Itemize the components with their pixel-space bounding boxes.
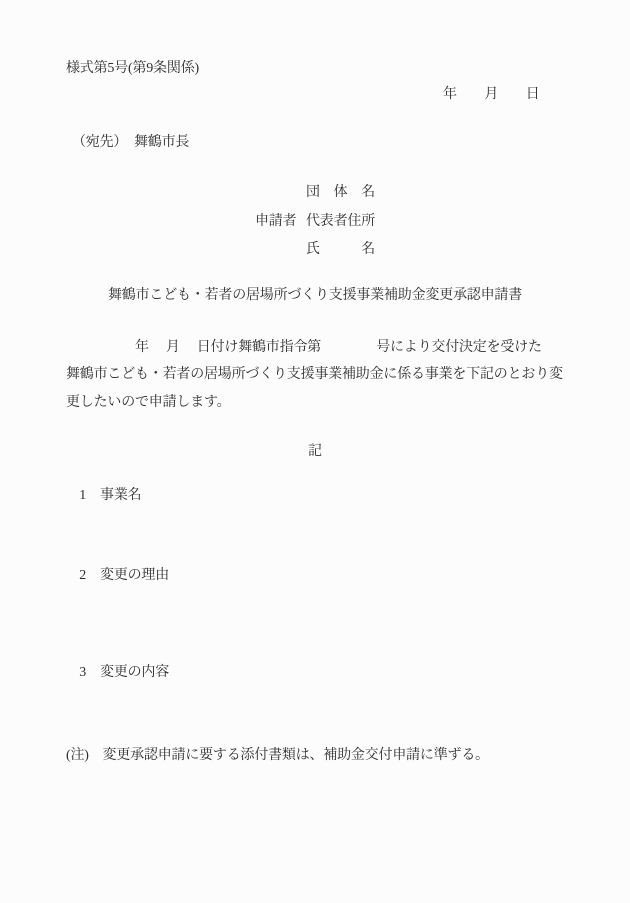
item-1-label: 事業名 xyxy=(100,488,141,503)
item-3-label: 変更の内容 xyxy=(100,665,169,680)
body-paragraph-line-2: 舞鶴市こども・若者の居場所づくり支援事業補助金に係る事業を下記のとおり変 xyxy=(66,365,563,385)
body-paragraph-line-1: 年 月 日付け舞鶴市指令第 号により交付決定を受けた xyxy=(66,338,542,358)
item-1-number: 1 xyxy=(79,488,86,503)
item-3-number: 3 xyxy=(79,665,86,680)
form-number: 様式第5号(第9条関係) xyxy=(66,59,199,79)
date-line: 年 月 日 xyxy=(443,85,540,105)
applicant-name-label: 氏 名 xyxy=(306,240,375,260)
section-marker: 記 xyxy=(0,442,630,462)
document-page: 様式第5号(第9条関係) 年 月 日 （宛先） 舞鶴市長 団 体 名 申請者 代… xyxy=(0,0,630,903)
applicant-label: 申請者 xyxy=(255,212,296,232)
note-line: (注) 変更承認申請に要する添付書類は、補助金交付申請に準ずる。 xyxy=(66,746,489,766)
body-paragraph-line-3: 更したいので申請します。 xyxy=(66,393,230,413)
document-title: 舞鶴市こども・若者の居場所づくり支援事業補助金変更承認申請書 xyxy=(0,286,630,306)
applicant-address-label: 代表者住所 xyxy=(306,212,375,232)
applicant-org-name-label: 団 体 名 xyxy=(306,183,375,203)
item-2-label: 変更の理由 xyxy=(100,568,169,583)
item-2-number: 2 xyxy=(79,568,86,583)
item-row-2: 2変更の理由 xyxy=(66,546,169,606)
item-row-1: 1事業名 xyxy=(66,466,141,526)
recipient-line: （宛先） 舞鶴市長 xyxy=(72,133,189,153)
item-row-3: 3変更の内容 xyxy=(66,643,169,703)
